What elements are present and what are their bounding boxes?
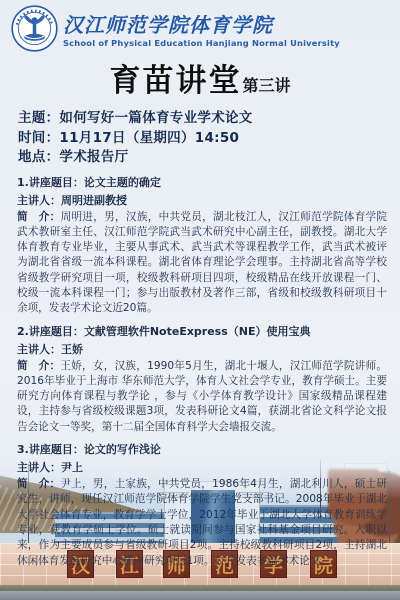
lecture-speaker: 主讲人：尹上 xyxy=(17,459,387,475)
header: 汉江师范学院体育学院 School of Physical Education … xyxy=(0,0,400,52)
time-line: 时间：11月17日（星期四）14:50 xyxy=(18,129,386,149)
bio-text: 尹上，男，土家族，中共党员，1986年4月生，湖北利川人，硕士研究生，讲师，现任… xyxy=(17,478,387,566)
lecture-item-1: 1.讲座题目：论文主题的确定 主讲人：周明进副教授 简 介：周明进，男，汉族，中… xyxy=(17,174,387,317)
lecture-item-2: 2.讲座题目：文献管理软件NoteExpress（NE）使用宝典 主讲人：王娇 … xyxy=(17,323,387,435)
lecture-title: 3.讲座题目：论文的写作浅论 xyxy=(17,441,387,457)
bio-label: 简 介： xyxy=(17,211,61,223)
event-info: 主题：如何写好一篇体育专业学术论文 时间：11月17日（星期四）14:50 地点… xyxy=(18,109,386,168)
topic-value: 如何写好一篇体育专业学术论文 xyxy=(59,110,252,126)
school-name-cn: 汉江师范学院体育学院 xyxy=(63,14,340,36)
venue-label: 地点： xyxy=(18,149,59,165)
school-name-en: School of Physical Education Hanjiang No… xyxy=(63,38,340,48)
bio-label: 简 介： xyxy=(17,478,60,490)
venue-value: 学术报告厅 xyxy=(59,149,128,165)
lecture-bio: 简 介：尹上，男，土家族，中共党员，1986年4月生，湖北利川人，硕士研究生，讲… xyxy=(17,477,387,569)
brand-text: 汉江师范学院体育学院 School of Physical Education … xyxy=(63,5,340,48)
photo-road xyxy=(0,591,400,600)
lecture-bio: 简 介：王娇，女，汉族，1990年5月生，湖北十堰人，汉江师范学院讲师。2016… xyxy=(17,359,387,435)
time-label: 时间： xyxy=(18,130,59,146)
lecture-title: 1.讲座题目：论文主题的确定 xyxy=(17,174,387,190)
school-emblem-icon xyxy=(11,5,58,52)
series-title: 育苗讲堂 xyxy=(109,63,241,99)
lecture-title: 2.讲座题目：文献管理软件NoteExpress（NE）使用宝典 xyxy=(17,323,387,339)
lecture-item-3: 3.讲座题目：论文的写作浅论 主讲人：尹上 简 介：尹上，男，土家族，中共党员，… xyxy=(17,441,387,569)
bio-text: 周明进，男，汉族，中共党员，湖北枝江人，汉江师范学院体育学院武术教研室主任、汉江… xyxy=(17,211,387,315)
lecture-speaker: 主讲人：王娇 xyxy=(17,341,387,357)
topic-label: 主题： xyxy=(18,110,59,126)
bio-text: 王娇，女，汉族，1990年5月生，湖北十堰人，汉江师范学院讲师。2016年毕业于… xyxy=(17,360,387,433)
topic-line: 主题：如何写好一篇体育专业学术论文 xyxy=(18,109,386,129)
bio-label: 简 介： xyxy=(17,360,60,372)
time-value: 11月17日（星期四）14:50 xyxy=(59,130,239,146)
lecture-speaker: 主讲人：周明进副教授 xyxy=(17,192,387,208)
lecture-bio: 简 介：周明进，男，汉族，中共党员，湖北枝江人，汉江师范学院体育学院武术教研室主… xyxy=(17,210,387,317)
series-number: 第三讲 xyxy=(242,76,290,95)
venue-line: 地点：学术报告厅 xyxy=(18,148,386,168)
poster-title-row: 育苗讲堂第三讲 xyxy=(0,55,400,100)
lecture-list: 1.讲座题目：论文主题的确定 主讲人：周明进副教授 简 介：周明进，男，汉族，中… xyxy=(17,174,387,569)
